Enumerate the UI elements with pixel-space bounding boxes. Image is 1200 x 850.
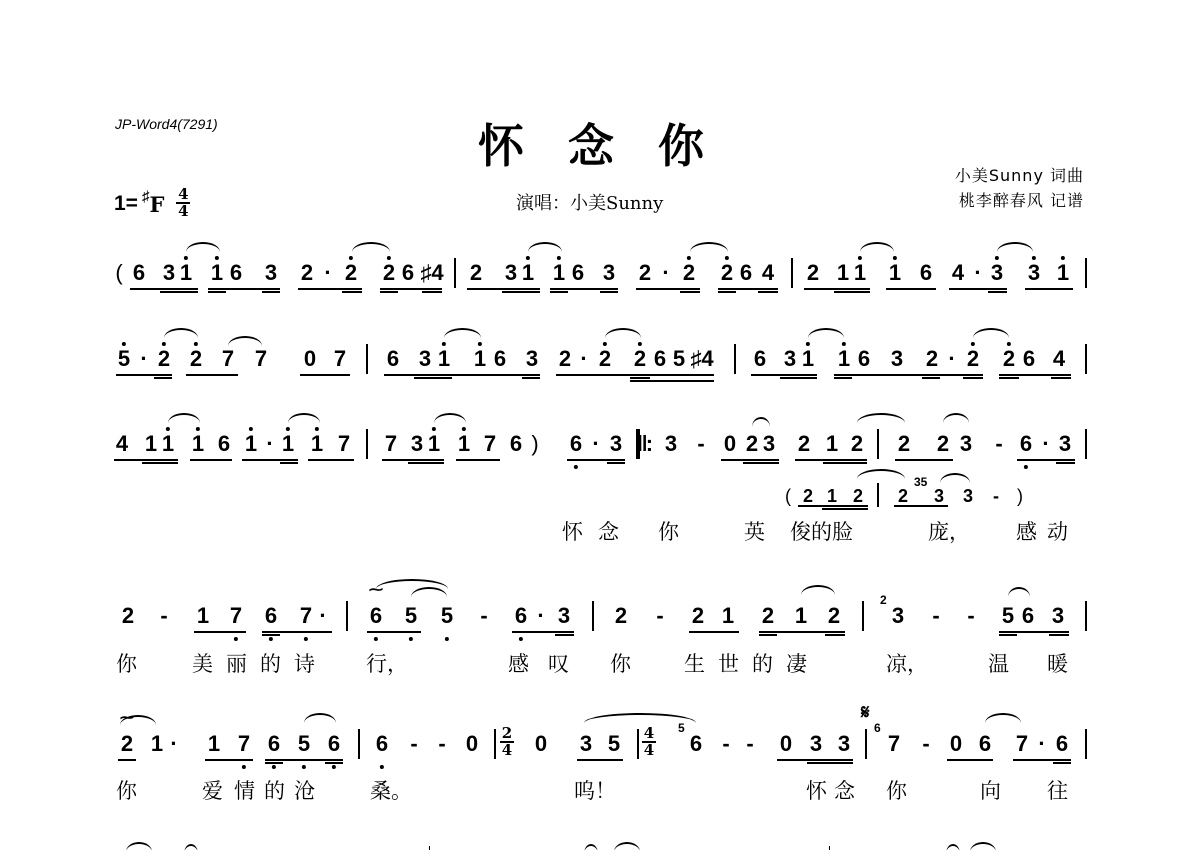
note: 6 — [133, 262, 145, 284]
note: 4 — [952, 262, 964, 284]
slur — [184, 844, 198, 850]
lyric: 呜！ — [574, 775, 616, 805]
slur — [186, 242, 220, 252]
note: 6 — [1023, 348, 1035, 370]
lyric: 庞， — [928, 516, 970, 546]
note: 5 — [405, 605, 417, 627]
barline — [862, 601, 864, 631]
lyric: 动 — [1047, 516, 1068, 546]
note: 6 — [572, 262, 584, 284]
note: 6 — [218, 433, 230, 455]
note: 2 — [692, 605, 704, 627]
note: 2 — [301, 262, 313, 284]
note: 1 — [438, 348, 450, 370]
note: 0 — [535, 733, 547, 755]
barline — [1085, 729, 1087, 759]
note: 2 — [967, 348, 979, 370]
barline — [865, 729, 867, 759]
lyric: 往 — [1047, 775, 1068, 805]
lyric: 怀 — [562, 516, 583, 546]
note: 6 — [754, 348, 766, 370]
lyric: 感 — [508, 648, 529, 678]
note: 2 — [807, 262, 819, 284]
lyric: 怀 — [806, 775, 827, 805]
note: 6 — [494, 348, 506, 370]
note: 2 — [746, 433, 758, 455]
note: 5 — [673, 348, 685, 370]
note: 2 — [721, 262, 733, 284]
paren-close: ) — [1017, 485, 1023, 507]
grace-note: 2 — [880, 593, 887, 607]
slur — [943, 413, 969, 423]
note: 3 — [963, 485, 973, 507]
note: 4 — [1053, 348, 1065, 370]
note: 6 — [1020, 433, 1032, 455]
barline — [734, 344, 736, 374]
note: 6 — [920, 262, 932, 284]
lyric: 行， — [366, 648, 408, 678]
lyric: 爱 — [202, 775, 223, 805]
note: 3 — [419, 348, 431, 370]
note: ♯4 — [420, 262, 443, 284]
barline — [791, 258, 793, 288]
note: 7 — [484, 433, 496, 455]
slur — [985, 713, 1021, 723]
note: 6 — [376, 733, 388, 755]
watermark: JP-Word4(7291) — [115, 116, 218, 132]
slur — [857, 413, 905, 423]
slur — [304, 713, 336, 723]
dot: · — [1042, 433, 1049, 455]
barline — [829, 846, 830, 850]
note: 1 — [197, 605, 209, 627]
dash: - — [993, 485, 999, 507]
lyric: 暖 — [1047, 648, 1068, 678]
note: 4 — [116, 433, 128, 455]
note: 1 — [854, 262, 866, 284]
note: 1 — [1057, 262, 1069, 284]
mordent-icon: ⁓ — [369, 581, 383, 598]
note: 3 — [892, 605, 904, 627]
barline — [454, 258, 456, 288]
lyric: 温 — [988, 648, 1009, 678]
key-prefix: 1= — [114, 192, 138, 216]
slur — [970, 842, 996, 850]
note: 5 — [118, 348, 130, 370]
dash: - — [656, 605, 663, 627]
lyric: 情 — [234, 775, 255, 805]
lyric: 英 — [744, 516, 765, 546]
note: 1 — [180, 262, 192, 284]
dot: · — [1038, 733, 1045, 755]
note: 0 — [466, 733, 478, 755]
note: 1 — [151, 733, 163, 755]
note: 1 — [428, 433, 440, 455]
note: 2 — [798, 433, 810, 455]
slur — [690, 242, 728, 252]
note: 2 — [937, 433, 949, 455]
dash: - — [160, 605, 167, 627]
barline — [429, 846, 430, 850]
note: 3 — [665, 433, 677, 455]
time-signature-4-4: 44 — [642, 727, 656, 757]
note: 4 — [762, 262, 774, 284]
note: 3 — [580, 733, 592, 755]
note: 5 — [1002, 605, 1014, 627]
note: 7 — [238, 733, 250, 755]
slur — [973, 328, 1009, 338]
paren-open: ( — [115, 262, 122, 284]
note: 6 — [654, 348, 666, 370]
slur — [164, 328, 198, 338]
note: 3 — [603, 262, 615, 284]
lyric: 你 — [658, 516, 679, 546]
note: 3 — [558, 605, 570, 627]
song-title: 怀念你 — [478, 110, 748, 176]
note: 1 — [553, 262, 565, 284]
dash: - — [932, 605, 939, 627]
note: 2 — [190, 348, 202, 370]
note: 6 — [265, 605, 277, 627]
note: 3 — [1028, 262, 1040, 284]
note: 7 — [222, 348, 234, 370]
note: 6 — [510, 433, 522, 455]
barline — [592, 601, 594, 631]
lyric: 你 — [116, 648, 137, 678]
note: 6 — [370, 605, 382, 627]
slur — [584, 713, 696, 723]
note: 1 — [311, 433, 323, 455]
slur — [168, 413, 200, 423]
dot: · — [319, 605, 326, 627]
slur — [614, 842, 640, 850]
note: 3 — [838, 733, 850, 755]
note: 5 — [608, 733, 620, 755]
dash: - — [697, 433, 704, 455]
slur — [126, 842, 152, 850]
note: 1 — [802, 348, 814, 370]
note: 2 — [599, 348, 611, 370]
dash: - — [722, 733, 729, 755]
note: 2 — [345, 262, 357, 284]
dash: - — [995, 433, 1002, 455]
dash: - — [967, 605, 974, 627]
note: 1 — [826, 433, 838, 455]
lyricist-composer: 小美Sunny 词曲 — [955, 163, 1084, 188]
note: 3 — [784, 348, 796, 370]
segno-icon: 𝄋 — [861, 700, 870, 724]
note: 1 — [145, 433, 157, 455]
staff-alt-line: ( 2 1 2 2 35 3 3 - ) — [114, 485, 1090, 509]
barline — [877, 429, 879, 459]
note: 2 — [559, 348, 571, 370]
dot: · — [662, 262, 669, 284]
note: 7 — [338, 433, 350, 455]
lyric: 念 — [834, 775, 855, 805]
slur — [801, 585, 835, 595]
note: 3 — [991, 262, 1003, 284]
note: 7 — [300, 605, 312, 627]
dot: · — [974, 262, 981, 284]
note: 3 — [810, 733, 822, 755]
sharp-icon: ♯ — [142, 188, 150, 205]
note: 6 — [402, 262, 414, 284]
grace-notes: 35 — [914, 475, 927, 489]
note: 3 — [1059, 433, 1071, 455]
slur — [352, 242, 390, 252]
dash: - — [438, 733, 445, 755]
dot: · — [592, 433, 599, 455]
note: 2 — [470, 262, 482, 284]
key-signature: 1= ♯ F 4 4 — [114, 192, 190, 218]
dash: - — [410, 733, 417, 755]
note: 7 — [334, 348, 346, 370]
slur — [584, 844, 598, 850]
note: 0 — [304, 348, 316, 370]
note: 3 — [960, 433, 972, 455]
slur — [528, 242, 562, 252]
note: 0 — [780, 733, 792, 755]
note: 1 — [837, 262, 849, 284]
note: 2 — [683, 262, 695, 284]
dot: · — [580, 348, 587, 370]
staff-line-6-partial — [114, 840, 1090, 850]
barline — [358, 729, 360, 759]
lyric: 美 — [192, 648, 213, 678]
note: 1 — [889, 262, 901, 284]
slur — [434, 413, 466, 423]
lyric: 俊的脸 — [790, 516, 853, 546]
mordent-icon: ⁓ — [120, 709, 134, 726]
lyric: 凄 — [786, 648, 807, 678]
lyric: 诗 — [294, 648, 315, 678]
slur — [228, 336, 262, 346]
barline — [1085, 601, 1087, 631]
staff-line-2: 5 · 2 2 7 7 0 7 6 3 1 1 6 3 2 · 2 2 6 5 … — [114, 348, 1090, 408]
note: 3 — [411, 433, 423, 455]
lyric: 叹 — [548, 648, 569, 678]
singer-credit: 演唱：小美Sunny — [516, 189, 663, 215]
dot: · — [948, 348, 955, 370]
note: 2 — [383, 262, 395, 284]
note: 0 — [950, 733, 962, 755]
note: ♯4 — [690, 348, 713, 370]
slur — [605, 328, 641, 338]
transcriber: 桃李醉春风 记谱 — [955, 188, 1084, 213]
note: 1 — [722, 605, 734, 627]
staff-line-1: ( 6 3 1 1 6 3 2 · 2 2 6 ♯4 2 3 1 1 6 3 2… — [114, 262, 1090, 322]
note: 2 — [121, 733, 133, 755]
key-letter: F — [149, 192, 164, 217]
barline — [1085, 258, 1087, 288]
barline — [877, 483, 879, 507]
note: 2 — [926, 348, 938, 370]
note: 2 — [851, 433, 863, 455]
note: 3 — [610, 433, 622, 455]
grace-note: 6 — [874, 721, 881, 735]
time-signature: 4 4 — [176, 188, 190, 218]
dot: · — [537, 605, 544, 627]
note: 3 — [891, 348, 903, 370]
note: 1 — [208, 733, 220, 755]
note: 1 — [282, 433, 294, 455]
note: 6 — [858, 348, 870, 370]
note: 1 — [827, 485, 837, 507]
note: 2 — [158, 348, 170, 370]
note: 1 — [838, 348, 850, 370]
dot: · — [140, 348, 147, 370]
note: 6 — [979, 733, 991, 755]
dot: · — [170, 733, 177, 755]
note: 7 — [888, 733, 900, 755]
lyric: 你 — [116, 775, 137, 805]
note: 3 — [526, 348, 538, 370]
note: 6 — [230, 262, 242, 284]
note: 7 — [230, 605, 242, 627]
note: 6 — [570, 433, 582, 455]
lyric: 丽 — [226, 648, 247, 678]
note: 1 — [162, 433, 174, 455]
dash: - — [480, 605, 487, 627]
lyric: 感 — [1016, 516, 1037, 546]
grace-note: 5 — [678, 721, 685, 735]
dash: - — [746, 733, 753, 755]
barline — [494, 729, 496, 759]
note: 5 — [298, 733, 310, 755]
dash: - — [922, 733, 929, 755]
note: 6 — [387, 348, 399, 370]
note: 1 — [192, 433, 204, 455]
note: 2 — [122, 605, 134, 627]
note: 6 — [328, 733, 340, 755]
double-barline — [636, 429, 640, 459]
note: 2 — [1003, 348, 1015, 370]
lyric: 生 — [684, 648, 705, 678]
note: 3 — [163, 262, 175, 284]
note: 6 — [1056, 733, 1068, 755]
slur — [808, 328, 844, 338]
dot: · — [324, 262, 331, 284]
slur — [1008, 587, 1030, 597]
note: 3 — [934, 485, 944, 507]
note: 6 — [515, 605, 527, 627]
note: 7 — [1016, 733, 1028, 755]
barline — [366, 429, 368, 459]
note: 6 — [268, 733, 280, 755]
note: 1 — [474, 348, 486, 370]
note: 2 — [639, 262, 651, 284]
lyric: 世 — [718, 648, 739, 678]
note: 1 — [522, 262, 534, 284]
note: 6 — [690, 733, 702, 755]
note: 3 — [1052, 605, 1064, 627]
note: 2 — [634, 348, 646, 370]
lyric: 向 — [980, 775, 1001, 805]
note: 0 — [724, 433, 736, 455]
dot: · — [266, 433, 273, 455]
note: 2 — [762, 605, 774, 627]
slur — [997, 242, 1033, 252]
barline — [346, 601, 348, 631]
note: 7 — [255, 348, 267, 370]
staff-line-3: 4 1 1 1 6 1 · 1 1 7 7 3 1 1 7 6 ) 6 · 3 … — [114, 433, 1090, 493]
note: 1 — [245, 433, 257, 455]
note: 2 — [828, 605, 840, 627]
slur — [444, 328, 481, 338]
time-signature-2-4: 24 — [500, 727, 514, 757]
lyric: 念 — [598, 516, 619, 546]
note: 2 — [898, 485, 908, 507]
note: 2 — [853, 485, 863, 507]
lyric: 的 — [752, 648, 773, 678]
note: 5 — [441, 605, 453, 627]
barline — [1085, 344, 1087, 374]
note: 2 — [615, 605, 627, 627]
barline — [637, 729, 639, 759]
note: 6 — [1022, 605, 1034, 627]
barline — [366, 344, 368, 374]
note: 1 — [458, 433, 470, 455]
lyric: 的 — [260, 648, 281, 678]
lyric: 沧 — [294, 775, 315, 805]
lyric: 你 — [610, 648, 631, 678]
lyric: 桑。 — [370, 775, 412, 805]
lyric: 你 — [886, 775, 907, 805]
paren-close: ) — [531, 433, 538, 455]
note: 3 — [505, 262, 517, 284]
note: 1 — [211, 262, 223, 284]
barline — [1085, 429, 1087, 459]
slur — [288, 413, 320, 423]
slur — [946, 844, 960, 850]
note: 7 — [385, 433, 397, 455]
note: 6 — [740, 262, 752, 284]
note: 3 — [763, 433, 775, 455]
note: 3 — [265, 262, 277, 284]
note: 1 — [795, 605, 807, 627]
credits: 小美Sunny 词曲 桃李醉春风 记谱 — [955, 163, 1084, 213]
lyric: 凉， — [886, 648, 928, 678]
note: 2 — [803, 485, 813, 507]
slur — [860, 242, 894, 252]
paren-open: ( — [785, 485, 791, 507]
slur — [752, 417, 770, 427]
lyric: 的 — [264, 775, 285, 805]
note: 2 — [898, 433, 910, 455]
